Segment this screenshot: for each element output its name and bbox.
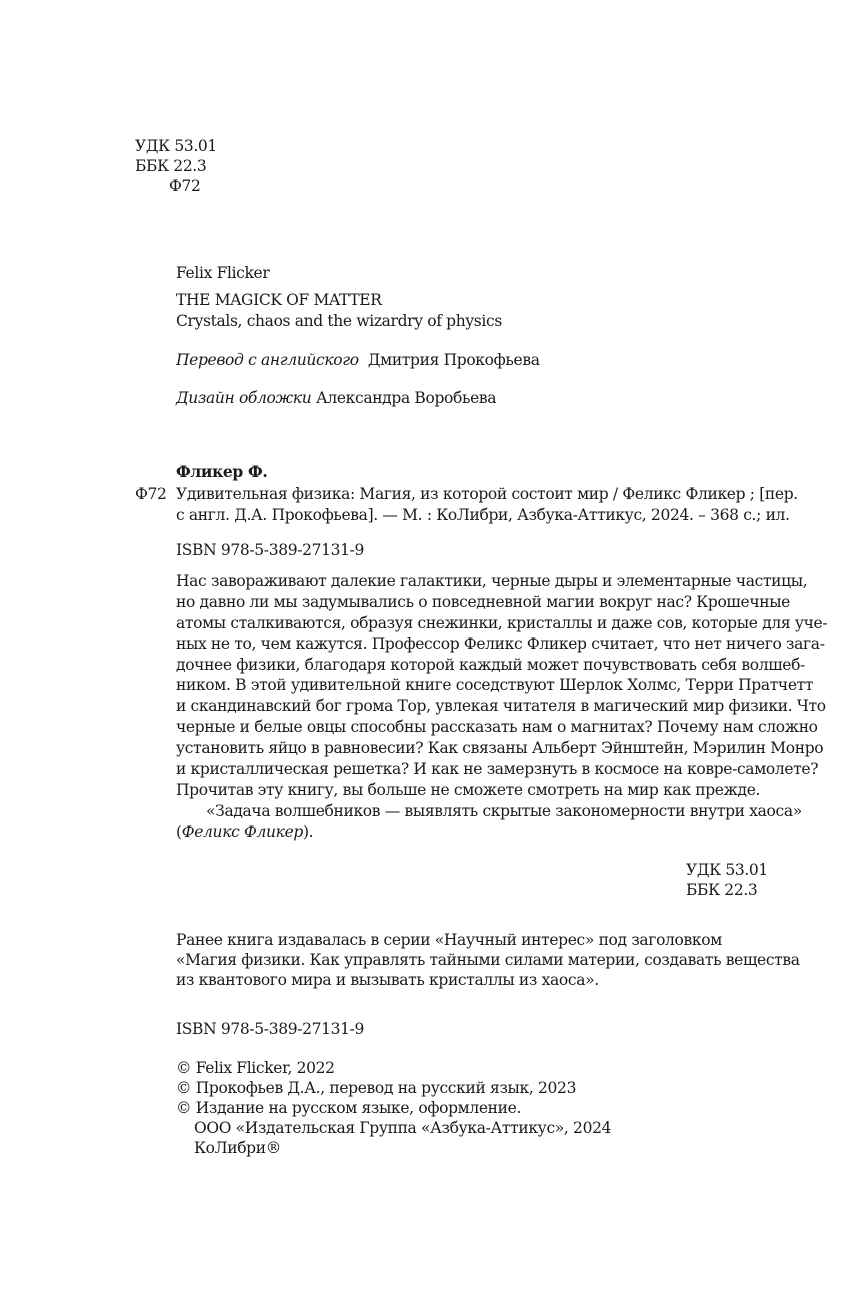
bbk-code: ББК 22.3	[686, 880, 768, 900]
cover-label: Дизайн обложки	[176, 389, 311, 407]
udk-code: УДК 53.01	[135, 136, 217, 156]
catalog-isbn: ISBN 978-5-389-27131-9	[176, 540, 364, 560]
publisher-line: ООО «Издательская Группа «Азбука-Аттикус…	[176, 1118, 611, 1138]
quote-attribution: (Феликс Фликер).	[176, 822, 756, 843]
annotation-quote: «Задача волшебников — выявлять скрытые з…	[176, 801, 756, 822]
translator-name: Дмитрия Прокофьева	[368, 351, 540, 369]
udk-code: УДК 53.01	[686, 860, 768, 880]
publisher-line: КоЛибри®	[176, 1138, 611, 1158]
original-subtitle: Crystals, chaos and the wizardry of phys…	[176, 311, 502, 331]
original-title: THE MAGICK OF MATTER	[176, 290, 382, 310]
copyright-line: © Felix Flicker, 2022	[176, 1058, 611, 1078]
cover-credit: Дизайн обложки Александра Воробьева	[176, 388, 496, 408]
note-line: из квантового мира и вызывать кристаллы …	[176, 970, 800, 990]
annotation-line: и скандинавский бог грома Тор, увлекая ч…	[176, 696, 756, 717]
catalog-heading: Фликер Ф.	[176, 462, 267, 482]
annotation-line: ных не то, чем кажутся. Профессор Феликс…	[176, 634, 756, 655]
copyright-line: © Прокофьев Д.А., перевод на русский язы…	[176, 1078, 611, 1098]
note-line: Ранее книга издавалась в серии «Научный …	[176, 930, 800, 950]
author-mark: Ф72	[135, 176, 217, 196]
original-author: Felix Flicker	[176, 263, 269, 283]
note-line: «Магия физики. Как управлять тайными сил…	[176, 950, 800, 970]
previous-edition-note: Ранее книга издавалась в серии «Научный …	[176, 930, 800, 990]
translation-label: Перевод с английского	[176, 351, 359, 369]
annotation-line: Нас завораживают далекие галактики, черн…	[176, 571, 756, 592]
annotation-line: и кристаллическая решетка? И как не заме…	[176, 759, 756, 780]
isbn-bottom: ISBN 978-5-389-27131-9	[176, 1019, 364, 1039]
catalog-line: с англ. Д.А. Прокофьева]. — М. : КоЛибри…	[176, 505, 756, 525]
translation-credit: Перевод с английского Дмитрия Прокофьева	[176, 350, 540, 370]
classification-top: УДК 53.01 ББК 22.3 Ф72	[135, 136, 217, 196]
classification-bottom: УДК 53.01 ББК 22.3	[686, 860, 768, 900]
annotation-line: но давно ли мы задумывались о повседневн…	[176, 592, 756, 613]
annotation-line: атомы сталкиваются, образуя снежинки, кр…	[176, 613, 756, 634]
annotation: Нас завораживают далекие галактики, черн…	[176, 571, 756, 843]
catalog-mark: Ф72	[135, 484, 167, 504]
annotation-line: Прочитав эту книгу, вы больше не сможете…	[176, 780, 756, 801]
copyright-line: © Издание на русском языке, оформление.	[176, 1098, 611, 1118]
annotation-line: ником. В этой удивительной книге соседст…	[176, 675, 756, 696]
annotation-line: черные и белые овцы способны рассказать …	[176, 717, 756, 738]
catalog-line: Удивительная физика: Магия, из которой с…	[176, 484, 756, 504]
quote-author: Феликс Фликер	[182, 823, 303, 841]
copyrights: © Felix Flicker, 2022 © Прокофьев Д.А., …	[176, 1058, 611, 1158]
bbk-code: ББК 22.3	[135, 156, 217, 176]
cover-designer-name: Александра Воробьева	[316, 389, 496, 407]
annotation-line: установить яйцо в равновесии? Как связан…	[176, 738, 756, 759]
annotation-line: дочнее физики, благодаря которой каждый …	[176, 655, 756, 676]
